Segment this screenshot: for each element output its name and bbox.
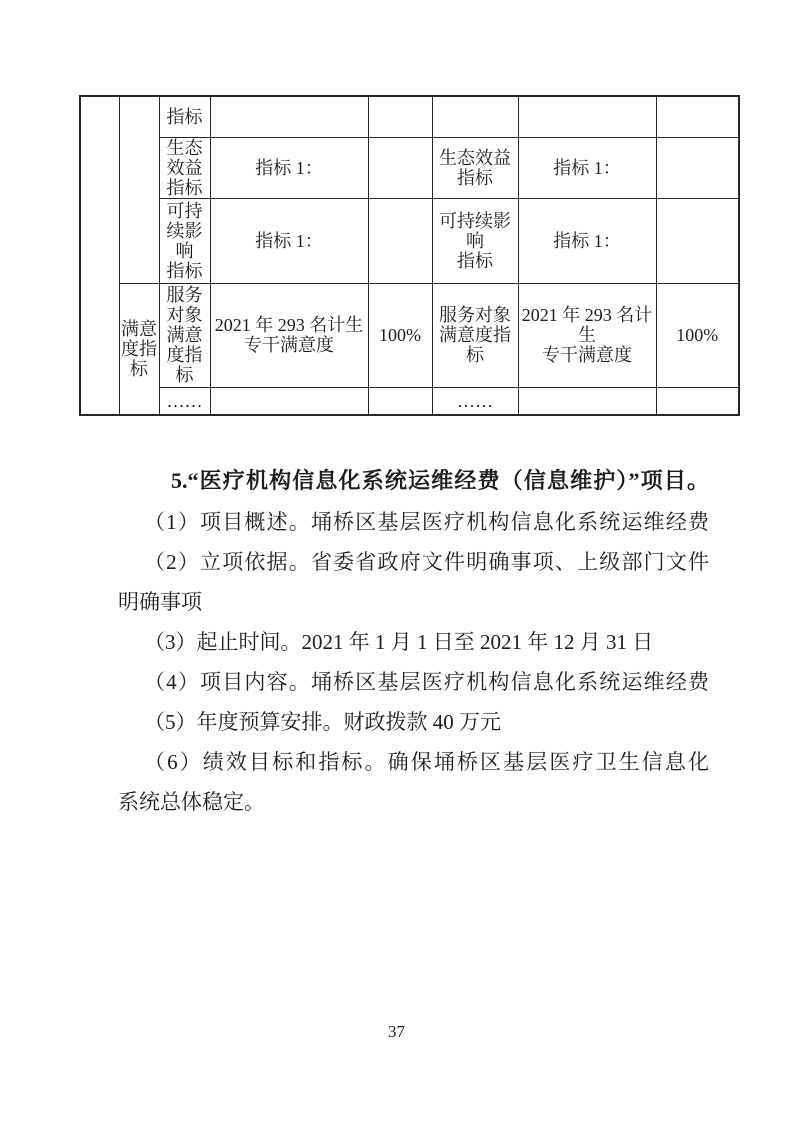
cell-r3-right-rate [656, 198, 739, 283]
cell-r3-left-label: 可持 续影 响 指标 [159, 198, 210, 283]
cell-r2-right-value: 指标 1： [518, 137, 656, 198]
cell-r1-left-label: 指标 [159, 96, 210, 137]
cell-r2-left-label: 生态 效益 指标 [159, 137, 210, 198]
paragraph-line: （6）绩效目标和指标。确保埇桥区基层医疗卫生信息化 [118, 742, 709, 782]
cell-satisfaction-category: 满意度指标 [119, 283, 159, 415]
cell-outer-category-empty [80, 96, 119, 415]
cell-r3-right-label: 可持续影 响 指标 [432, 198, 518, 283]
cell-r1-left-rate [368, 96, 432, 137]
cell-r1-right-label [432, 96, 518, 137]
page-number: 37 [0, 1022, 793, 1042]
paragraph-line: 系统总体稳定。 [118, 782, 709, 822]
cell-r5-right-rate [656, 387, 739, 415]
cell-r2-left-rate [368, 137, 432, 198]
cell-r4-left-label: 服务 对象 满意 度指 标 [159, 283, 210, 387]
cell-r3-left-value: 指标 1： [210, 198, 368, 283]
cell-category-empty-top [119, 96, 159, 283]
cell-r5-right-value [518, 387, 656, 415]
paragraph-line: （5）年度预算安排。财政拨款 40 万元 [118, 702, 709, 742]
cell-r5-left-label: …… [159, 387, 210, 415]
cell-r1-right-rate [656, 96, 739, 137]
cell-r4-right-rate: 100% [656, 283, 739, 387]
cell-r5-left-rate [368, 387, 432, 415]
paragraph-line: 明确事项 [118, 582, 709, 622]
cell-r1-left-value [210, 96, 368, 137]
paragraph-line: （2）立项依据。省委省政府文件明确事项、上级部门文件 [118, 542, 709, 582]
cell-r3-left-rate [368, 198, 432, 283]
cell-r5-right-label: …… [432, 387, 518, 415]
cell-r4-right-value: 2021 年 293 名计生 专干满意度 [518, 283, 656, 387]
paragraph-line: （1）项目概述。埇桥区基层医疗机构信息化系统运维经费 [118, 502, 709, 542]
paragraph-line: （3）起止时间。2021 年 1 月 1 日至 2021 年 12 月 31 日 [118, 622, 709, 662]
cell-r2-right-label: 生态效益 指标 [432, 137, 518, 198]
cell-r4-right-label: 服务对象 满意度指 标 [432, 283, 518, 387]
paragraph-line: （4）项目内容。埇桥区基层医疗机构信息化系统运维经费 [118, 662, 709, 702]
cell-r5-left-value [210, 387, 368, 415]
performance-indicator-table: 指标 生态 效益 指标 指标 1： 生态效益 指标 指标 1： 可持 续影 响 … [79, 95, 740, 416]
cell-r4-left-value: 2021 年 293 名计生 专干满意度 [210, 283, 368, 387]
cell-r2-left-value: 指标 1： [210, 137, 368, 198]
cell-r1-right-value [518, 96, 656, 137]
cell-r2-right-rate [656, 137, 739, 198]
section-heading: 5.“医疗机构信息化系统运维经费（信息维护）”项目。 [118, 460, 709, 502]
cell-r4-left-rate: 100% [368, 283, 432, 387]
cell-r3-right-value: 指标 1： [518, 198, 656, 283]
document-page: 指标 生态 效益 指标 指标 1： 生态效益 指标 指标 1： 可持 续影 响 … [0, 0, 793, 1122]
